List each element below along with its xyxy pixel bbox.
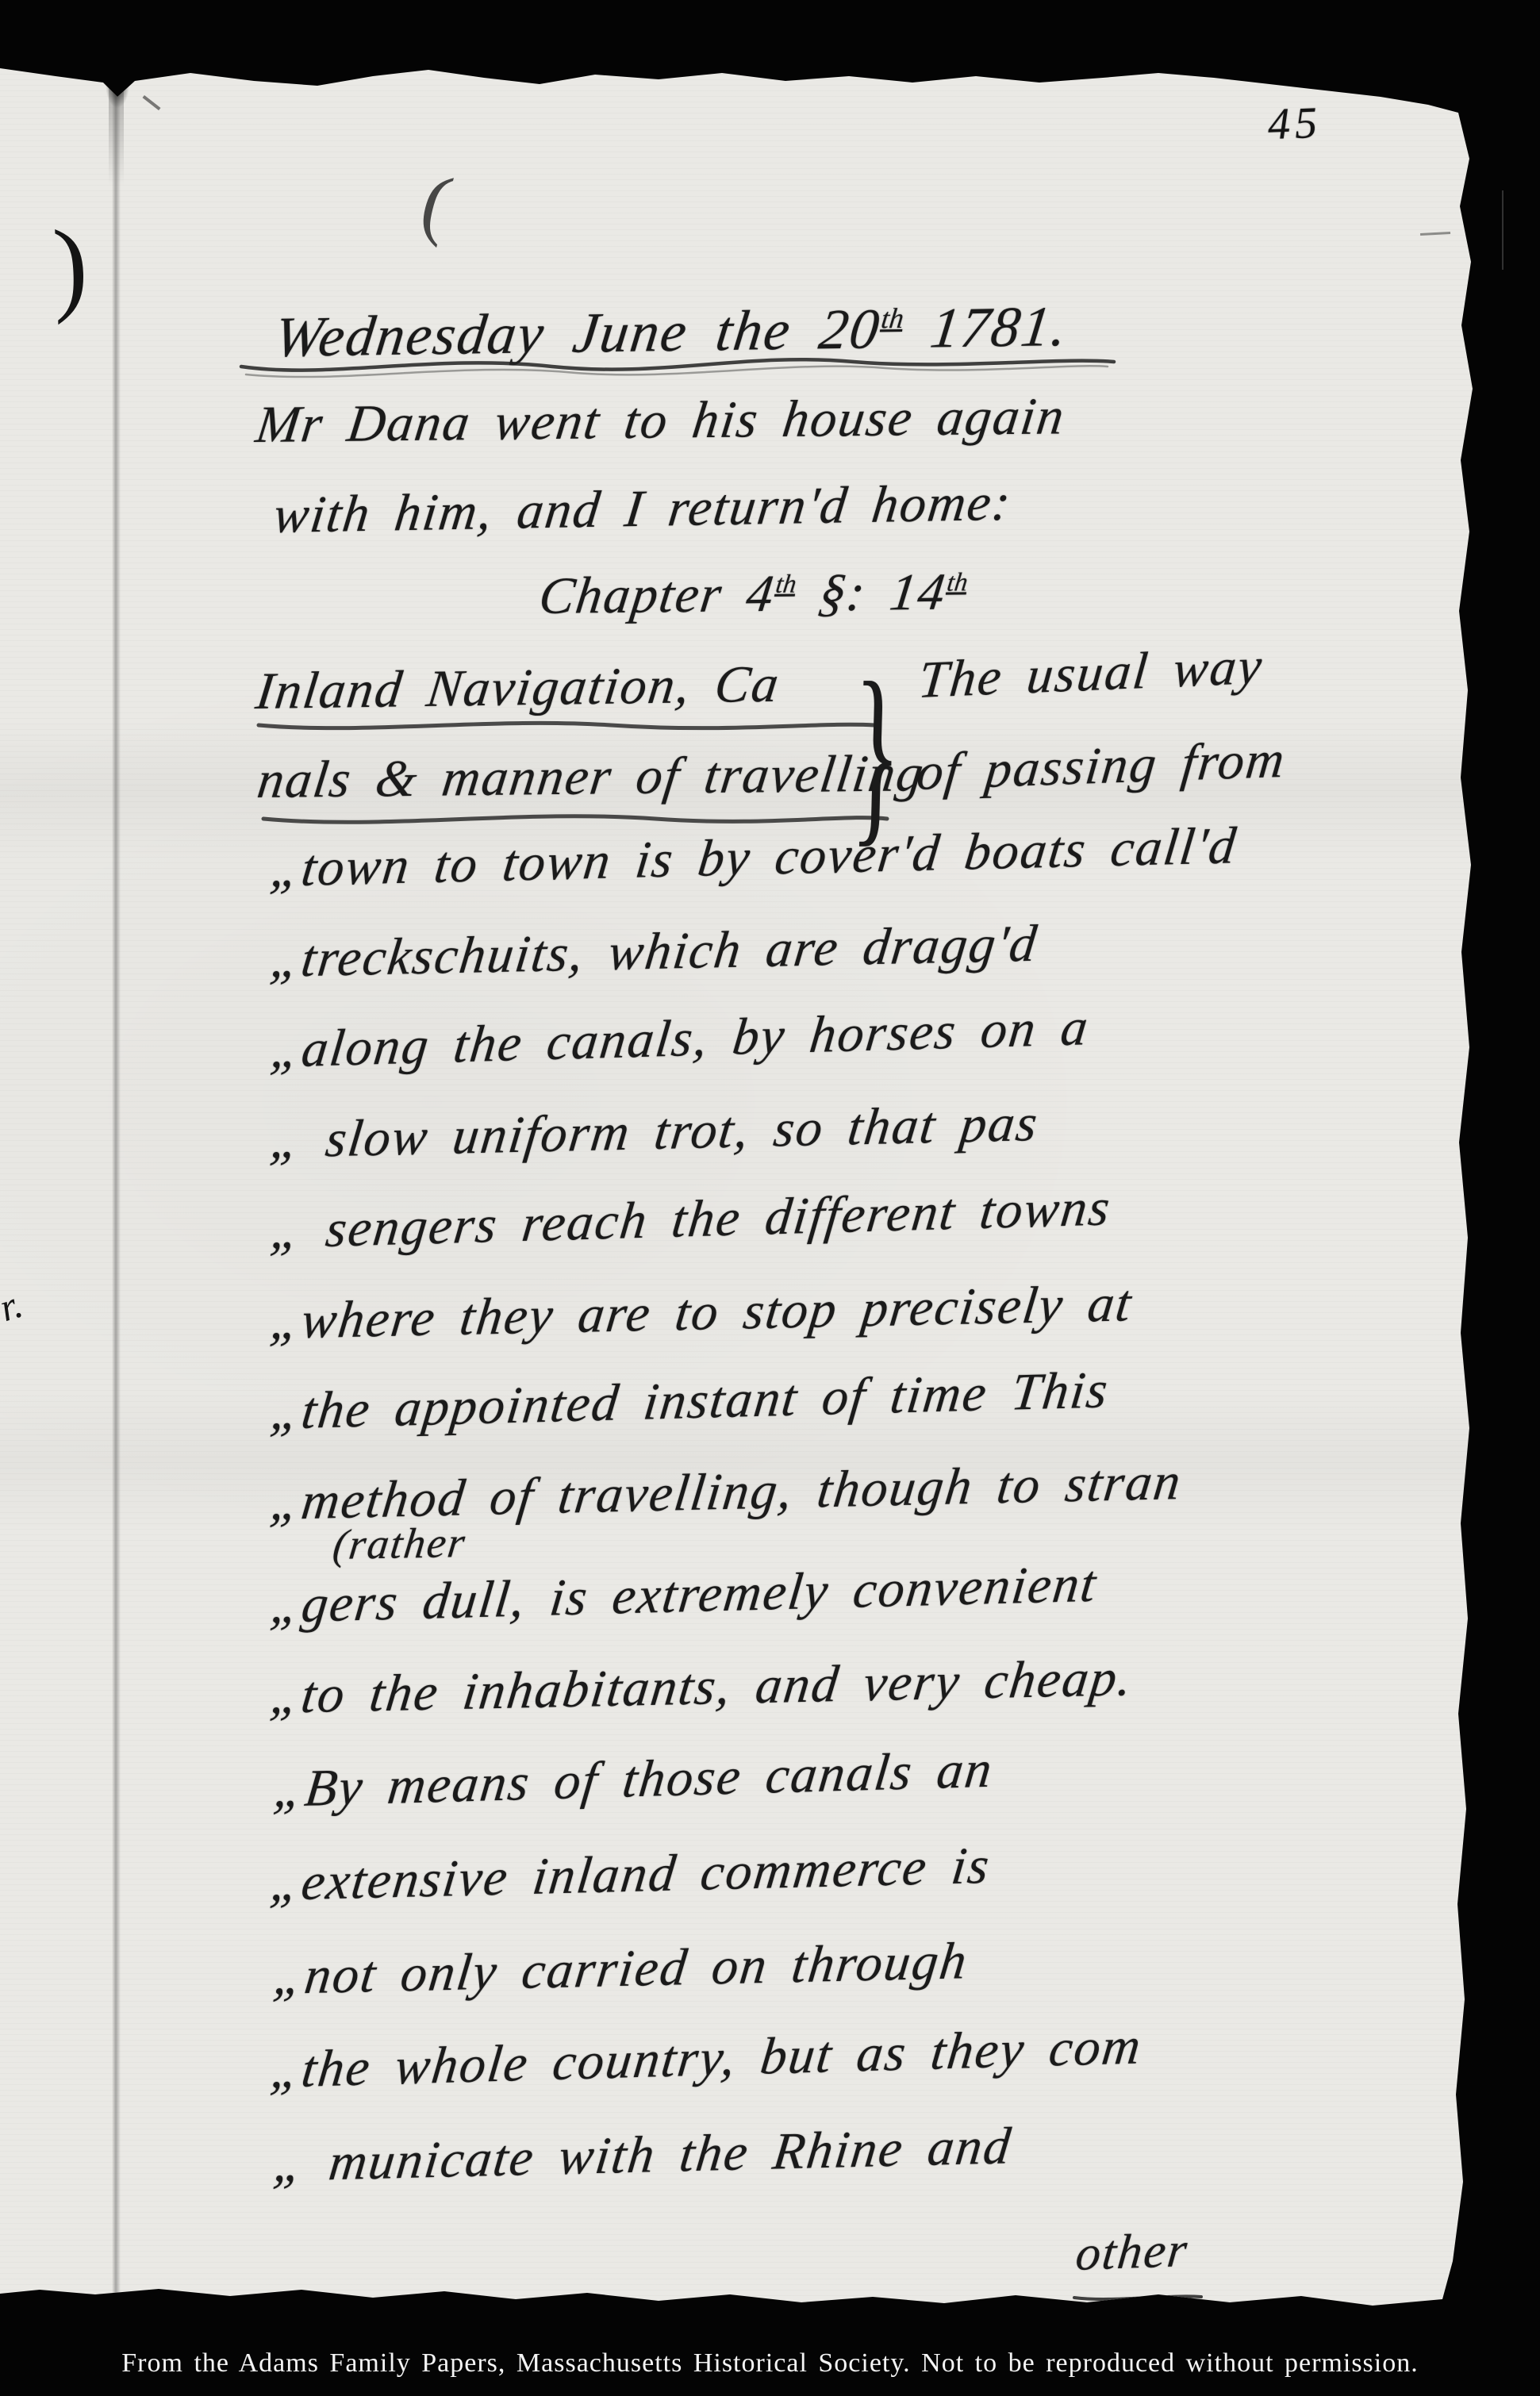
body-line-13: „not only carried on through xyxy=(271,1931,971,2007)
chapter-heading: Chapter 4th §: 14th xyxy=(536,562,970,627)
passage-line-1: The usual way xyxy=(916,636,1266,711)
margin-note-underline-2 xyxy=(259,803,893,831)
scan-background: ) ( r. 45 Wednesday June the 20th 1781. … xyxy=(0,0,1540,2396)
body-line-8: „method of travelling, though to stran xyxy=(267,1452,1185,1533)
diary-line-2: with him, and I return'd home: xyxy=(271,473,1016,546)
passage-line-2: of passing from xyxy=(914,730,1288,803)
body-line-12: „extensive inland commerce is xyxy=(267,1836,993,1914)
stray-paren-right-mark: ) xyxy=(51,202,90,328)
body-line-1: „town to town is by cover'd boats call'd xyxy=(267,816,1240,900)
body-line-11: „By means of those canals an xyxy=(271,1740,996,1820)
fold-ink-blot xyxy=(106,62,129,108)
diary-line-1: Mr Dana went to his house again xyxy=(252,386,1069,455)
body-line-6: „where they are to stop precisely at xyxy=(267,1273,1136,1352)
body-line-14: „the whole country, but as they com xyxy=(267,2016,1145,2100)
manuscript-page: ) ( r. 45 Wednesday June the 20th 1781. … xyxy=(0,0,1540,2396)
page-fold-line xyxy=(112,67,121,2293)
date-heading-underline xyxy=(235,343,1123,390)
body-line-3: „along the canals, by horses on a xyxy=(267,997,1092,1081)
body-line-9: „gers dull, is extremely convenient xyxy=(267,1554,1100,1636)
stray-tick-mark xyxy=(143,95,161,110)
scan-scratch-line xyxy=(1502,190,1504,270)
catchword-underline xyxy=(1071,2290,1206,2304)
margin-brace-mark: } xyxy=(850,652,903,852)
margin-note-underline-1 xyxy=(254,711,881,738)
body-line-15: „ municate with the Rhine and xyxy=(271,2116,1015,2194)
body-line-4: „ slow uniform trot, so that pas xyxy=(267,1093,1042,1171)
margin-note-line-2: nals & manner of travelling xyxy=(254,743,928,811)
page-fold-shadow xyxy=(109,67,124,186)
page-number: 45 xyxy=(1267,98,1323,150)
stray-paren-left-mark: ( xyxy=(413,156,460,251)
margin-scribble-mark: r. xyxy=(0,1281,28,1330)
interline-note: (rather xyxy=(330,1518,469,1569)
body-line-10: „to the inhabitants, and very cheap. xyxy=(267,1648,1136,1726)
date-heading: Wednesday June the 20th 1781. xyxy=(271,294,1072,371)
footer-credit: From the Adams Family Papers, Massachuse… xyxy=(0,2348,1540,2379)
body-line-5: „ sengers reach the different towns xyxy=(267,1178,1114,1261)
margin-note-line-1: Inland Navigation, Ca xyxy=(252,655,783,722)
body-line-2: „treckschuits, which are dragg'd xyxy=(267,914,1041,990)
stray-dash-mark xyxy=(1420,232,1450,236)
catchword: other xyxy=(1073,2222,1192,2283)
body-line-7: „the appointed instant of time This xyxy=(267,1360,1112,1442)
